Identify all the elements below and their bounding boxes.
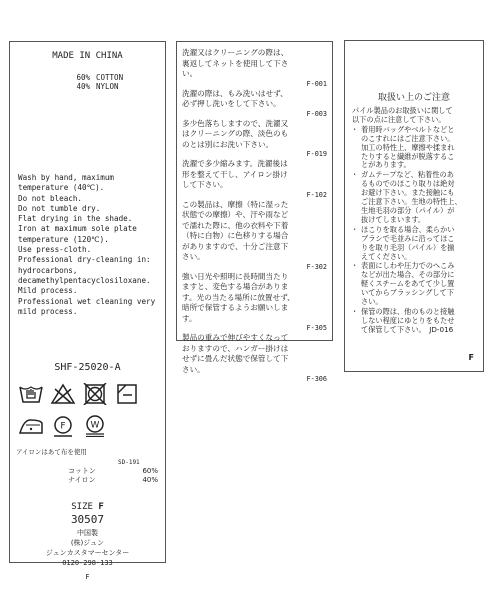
care-note: 製品の重みで伸びやすくなって おりますので、ハンガー掛けは せずに畳んだ状態で保… [182, 333, 327, 384]
size-value: F [98, 502, 103, 512]
hand-wash-40-icon [18, 383, 44, 405]
care-symbols-row-1 [18, 383, 140, 405]
svg-text:W: W [91, 421, 100, 431]
customer-center: ジュンカスタマーセンター [10, 548, 165, 558]
list-item: ほこりを取る場合、柔らかい ブラシで毛並みに沿ってほこ りを取り毛羽（パイル）を… [352, 226, 477, 262]
do-not-bleach-icon [50, 383, 76, 405]
origin-text: MADE IN CHINA [10, 51, 165, 61]
list-item: 保管の際は、他のものと接触 しない程度にゆとりをもたせ て保管して下さい。 JD… [352, 308, 477, 335]
sku-code: SHF-25020-A [10, 362, 165, 373]
care-label-main: MADE IN CHINA 60%COTTON 40%NYLON Wash by… [9, 41, 166, 563]
composition-row: コットン60% [68, 467, 158, 476]
list-item: 着用時バッグやベルトなどと のこすれにはご注意下さい。 加工の特性上、摩擦や揉ま… [352, 126, 477, 171]
care-symbols-row-2: F W [18, 415, 108, 437]
composition-row: 40%NYLON [68, 82, 123, 91]
svg-text:F: F [60, 422, 65, 432]
care-note: 洗濯の際は、もみ洗いはせず、 必ず押し洗いをして下さい。F-003 [182, 89, 327, 119]
composition-en: 60%COTTON 40%NYLON [68, 73, 123, 91]
care-instructions-en: Wash by hand, maximumtemperature (40℃).D… [18, 173, 163, 317]
care-note: 強い日光や照明に長時間当たり ますと、変色する場合がありま す。光の当たる場所に… [182, 272, 327, 334]
intro-text: パイル製品のお取扱いに関して 以下の点に注意して下さい。 [352, 107, 477, 125]
footer-mark: F [10, 573, 165, 581]
flat-dry-shade-icon [114, 383, 140, 405]
list-item: ガムテープなど、粘着性のあ るものでのほこり取りは絶対 お避け下さい。また接触に… [352, 171, 477, 224]
pile-care-body: パイル製品のお取扱いに関して 以下の点に注意して下さい。 着用時バッグやベルトな… [352, 107, 477, 335]
label-title: 取扱い上のご注意 [345, 90, 483, 103]
do-not-tumble-dry-icon [82, 383, 108, 405]
pile-care-label: 取扱い上のご注意 パイル製品のお取扱いに関して 以下の点に注意して下さい。 着用… [344, 40, 484, 372]
sd-code: SD-191 [118, 459, 140, 466]
care-note: 洗濯又はクリーニングの際は、 裏返してネットを使用して下さ い。F-001 [182, 48, 327, 89]
phone-number: 0120-298-133 [10, 558, 165, 568]
product-code: 30507 [10, 513, 165, 526]
care-note: 多少色落ちしますので、洗濯又 はクリーニングの際、淡色のも のとは別にお洗い下さ… [182, 119, 327, 160]
composition-row: 60%COTTON [68, 73, 123, 82]
care-notes-list: 洗濯又はクリーニングの際は、 裏返してネットを使用して下さ い。F-001 洗濯… [182, 48, 327, 384]
care-label-notes: 洗濯又はクリーニングの際は、 裏返してネットを使用して下さ い。F-001 洗濯… [176, 41, 333, 341]
footer-mark: F [469, 353, 474, 362]
composition-row: ナイロン40% [68, 476, 158, 485]
origin-jp: 中国製 [10, 528, 165, 538]
wet-clean-w-icon: W [82, 415, 108, 437]
iron-note: アイロンはあて布を使用 [16, 447, 87, 456]
iron-low-icon [18, 415, 44, 437]
dry-clean-f-icon: F [50, 415, 76, 437]
care-note: 洗濯で多少縮みます。洗濯後は 形を整えて干し、アイロン掛け して下さい。F-10… [182, 159, 327, 200]
maker-info: 中国製 (株)ジュン ジュンカスタマーセンター 0120-298-133 [10, 528, 165, 568]
composition-jp: コットン60% ナイロン40% [68, 467, 158, 485]
size-line: SIZE F [10, 502, 165, 512]
care-note: この製品は、摩擦（特に湿った 状態での摩擦）や、汗や雨など で濡れた際に、他の衣… [182, 200, 327, 272]
list-item: 表面にしわや圧力でのへこみ などが出た場合、その部分に 軽くスチームをあてて少し… [352, 262, 477, 307]
company-name: (株)ジュン [10, 538, 165, 548]
